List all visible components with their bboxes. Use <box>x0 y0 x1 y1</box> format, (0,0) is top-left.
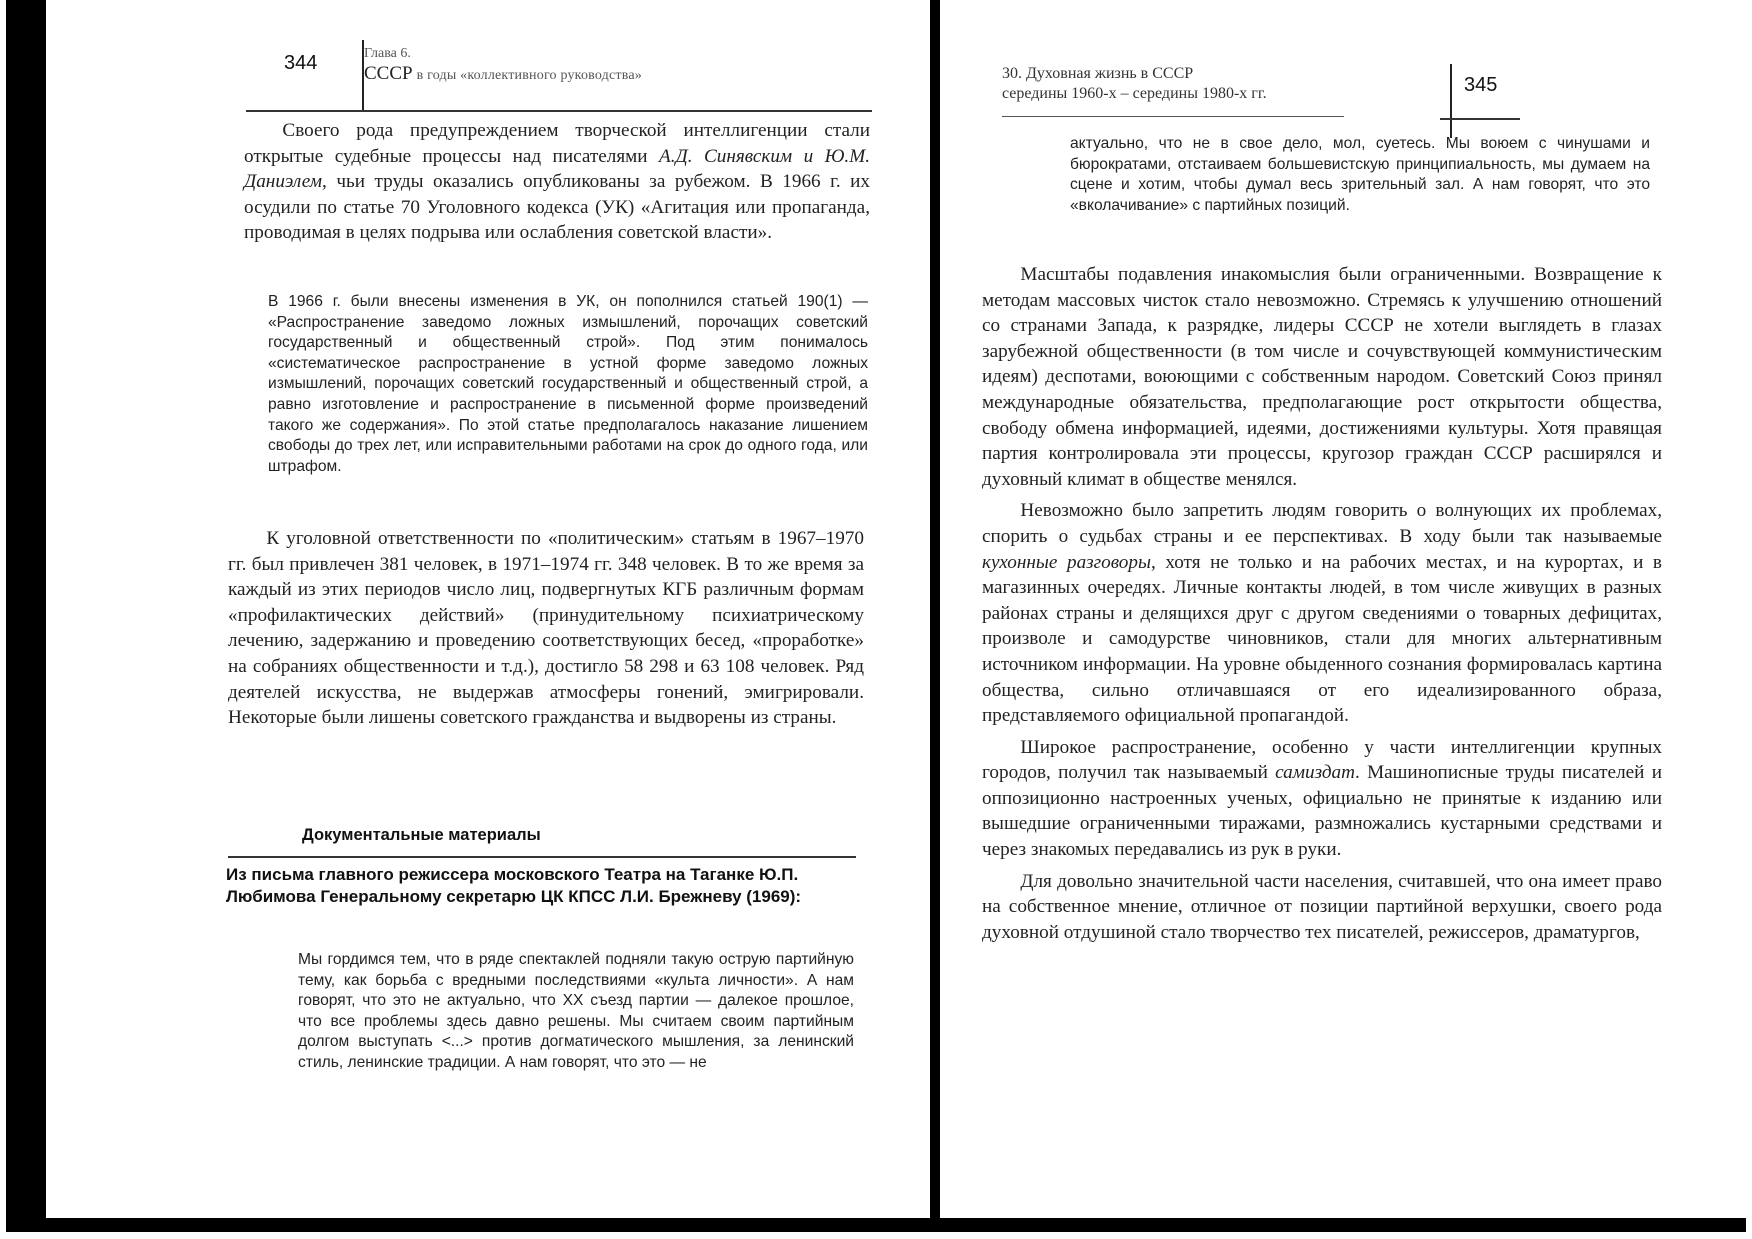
documents-heading: Документальные материалы <box>302 826 541 845</box>
page-number: 345 <box>1464 74 1497 97</box>
quote-continuation: актуально, что не в свое дело, мол, сует… <box>1070 134 1650 216</box>
page-number: 344 <box>284 52 317 75</box>
documents-rule <box>228 856 856 858</box>
document-title: Из письма главного режиссера московского… <box>226 864 856 908</box>
intro-paragraph: Своего рода предупреждением творческой и… <box>244 118 870 246</box>
right-page: 30. Духовная жизнь в СССР середины 1960-… <box>940 0 1746 1218</box>
paragraph: Широкое распространение, особенно у част… <box>982 735 1662 863</box>
running-head-chapter: Глава 6. <box>364 44 642 64</box>
running-head: 30. Духовная жизнь в СССР середины 1960-… <box>1002 64 1267 104</box>
left-page: 344 Глава 6. СССР в годы «коллективного … <box>46 0 930 1218</box>
header-rule <box>1002 116 1344 117</box>
paragraph: Невозможно было запретить людям говорить… <box>982 498 1662 728</box>
criminal-liability-paragraph: К уголовной ответственности по «политиче… <box>228 526 864 731</box>
running-head-line2: середины 1960-х – середины 1980-х гг. <box>1002 84 1267 104</box>
header-vertical-rule <box>1450 64 1452 138</box>
page-number-rule <box>1440 118 1520 120</box>
paragraph: Для довольно значительной части населени… <box>982 869 1662 946</box>
scan-shadow-bottom <box>6 1218 1746 1232</box>
running-head-line1: 30. Духовная жизнь в СССР <box>1002 64 1267 84</box>
main-text: Масштабы подавления инакомыслия были огр… <box>982 262 1662 945</box>
running-head: Глава 6. СССР в годы «коллективного руко… <box>364 44 642 86</box>
document-quote: Мы гордимся тем, что в ряде спектаклей п… <box>298 950 854 1074</box>
scan-shadow-top <box>6 0 26 4</box>
running-head-title: СССР в годы «коллективного руководства» <box>364 64 642 86</box>
legal-note: В 1966 г. были внесены изменения в УК, о… <box>268 292 868 477</box>
header-rule <box>246 110 872 112</box>
scan-shadow-left <box>6 0 46 1232</box>
paragraph: Масштабы подавления инакомыслия были огр… <box>982 262 1662 492</box>
book-spine <box>930 0 940 1222</box>
